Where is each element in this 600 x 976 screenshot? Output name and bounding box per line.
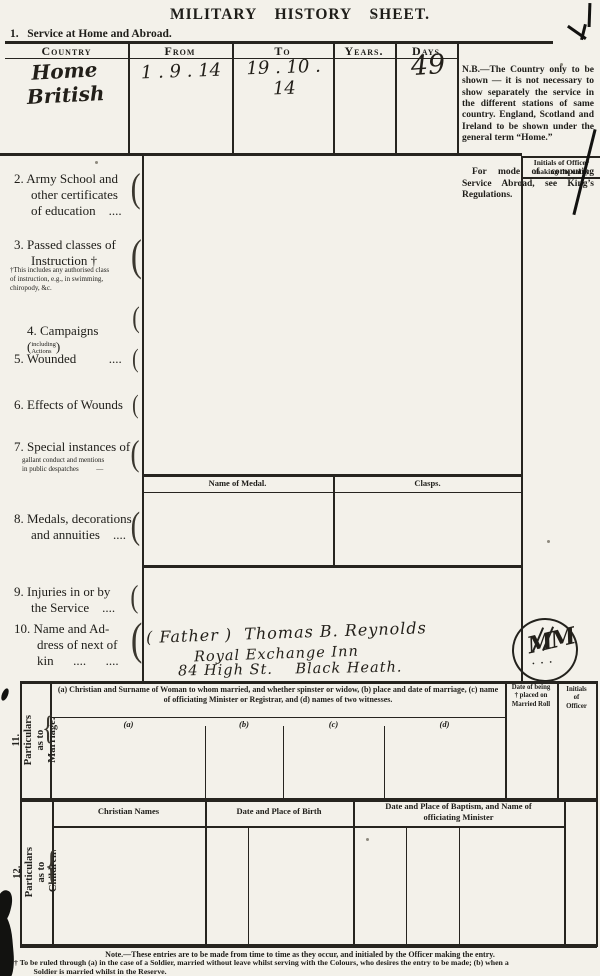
nb-note: N.B.—The Country only to be shown — it i…: [462, 42, 594, 224]
brace: (: [130, 580, 138, 612]
speckle: [372, 16, 375, 19]
line: [457, 41, 459, 153]
line: [20, 944, 597, 948]
brace: {: [44, 845, 58, 885]
line: [283, 726, 284, 798]
marriage-header: (a) Christian and Surname of Woman to wh…: [57, 685, 499, 706]
line: [205, 726, 206, 798]
marriage-col-c: (c): [283, 719, 384, 729]
children-names-header: Christian Names: [52, 806, 205, 816]
line: [142, 474, 522, 477]
children-birth-header: Date and Place of Birth: [205, 806, 353, 816]
section-1-heading: 1. Service at Home and Abroad.: [10, 27, 172, 41]
scan-blot: [0, 913, 16, 976]
scan-blot: [0, 687, 10, 701]
handwritten-days: 49: [404, 48, 452, 82]
marriage-col-d: (d): [384, 719, 505, 729]
line: [205, 798, 207, 945]
stamp-dots: ···: [531, 655, 558, 673]
line: [406, 827, 407, 945]
brace: (: [131, 435, 140, 471]
section-6-label: 6. Effects of Wounds: [14, 397, 161, 413]
line: [52, 826, 565, 828]
speckle: [547, 540, 550, 543]
line: [142, 565, 522, 568]
brace: (: [132, 303, 140, 333]
military-history-sheet: MILITARY HISTORY SHEET. 1. Service at Ho…: [0, 0, 600, 976]
marriage-initials-col-header: Initials of Officer: [557, 686, 596, 711]
line: [521, 177, 600, 179]
brace: (: [131, 234, 142, 278]
brace: (: [132, 392, 139, 418]
col-header-from: From: [128, 44, 232, 59]
handwritten-to-date: 19 . 10 . 14: [235, 55, 332, 100]
line: [50, 717, 506, 718]
children-baptism-header: Date and Place of Baptism, and Name of o…: [353, 801, 564, 822]
brace: (: [132, 346, 139, 372]
medal-name-header: Name of Medal.: [142, 478, 333, 488]
brace: {: [42, 712, 54, 746]
line: [596, 681, 598, 799]
initials-col-header: Initials of Officer making the entry: [523, 158, 600, 176]
section-4-text: 4. Campaigns: [27, 323, 99, 338]
marriage-col-b: (b): [205, 719, 283, 729]
brace: (: [131, 168, 141, 208]
brace: (: [131, 507, 140, 545]
speckle: [95, 161, 98, 164]
speckle: [560, 63, 563, 66]
line: [248, 827, 249, 945]
line: [142, 492, 522, 493]
footer-dagger-note: † To be ruled through (a) in the case of…: [14, 959, 590, 976]
handwritten-country: Home British: [1, 56, 129, 111]
line: [0, 153, 522, 156]
medal-clasps-header: Clasps.: [333, 478, 522, 488]
line: [564, 798, 566, 945]
handwritten-from-date: 1 . 9 . 14: [133, 59, 230, 83]
section-3-footnote: †This includes any authorised class of i…: [10, 266, 138, 292]
line: [521, 156, 523, 683]
col-header-years: Years.: [333, 44, 395, 59]
line: [459, 827, 460, 945]
nb-note-para1: N.B.—The Country only to be shown — it i…: [462, 65, 594, 145]
section-7-footnote: gallant conduct and mentions in public d…: [22, 456, 142, 474]
line: [384, 726, 385, 798]
marriage-col-a: (a): [52, 719, 205, 729]
speckle: [366, 838, 369, 841]
marriage-date-col-header: Date of being † placed on Married Roll: [505, 684, 557, 709]
line: [596, 798, 598, 947]
brace: (: [131, 616, 142, 662]
page-title: MILITARY HISTORY SHEET.: [0, 6, 600, 25]
